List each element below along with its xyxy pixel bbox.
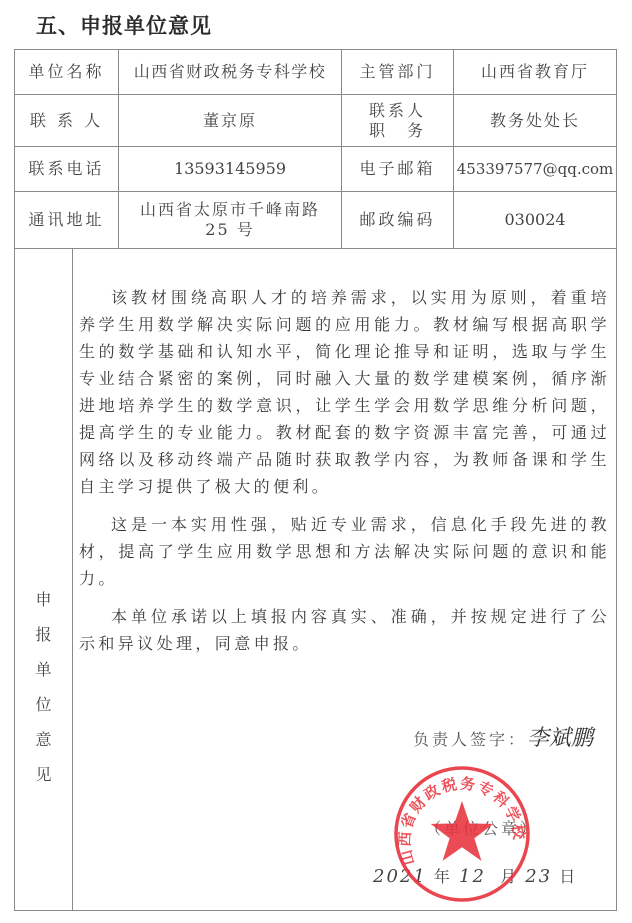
opinion-label: 申 报 单 位 意 见 [15, 249, 73, 911]
date-year-suffix: 年 [434, 867, 452, 886]
value-address-line1: 山西省太原市千峰南路 [119, 200, 341, 220]
opinion-label-char: 申 [35, 590, 51, 610]
label-contact-person: 联 系 人 [15, 95, 119, 147]
label-phone: 联系电话 [15, 147, 119, 192]
date-day: 23 [525, 866, 552, 887]
opinion-label-char: 意 [35, 730, 51, 750]
label-email: 电子邮箱 [342, 147, 454, 192]
label-contact-title: 联系人 职 务 [342, 95, 454, 147]
label-department: 主管部门 [342, 50, 454, 95]
handwritten-signature: 李斌鹏 [527, 726, 593, 751]
date-month-suffix: 月 [500, 867, 518, 886]
label-contact-title-line2: 职 务 [342, 121, 453, 141]
opinion-text: 该教材围绕高职人才的培养需求，以实用为原则，着重培养学生用数学解决实际问题的应用… [79, 284, 610, 668]
value-contact-person: 董京原 [119, 95, 342, 147]
opinion-label-char: 见 [35, 765, 51, 785]
signature-line: 负责人签字：李斌鹏 [413, 729, 593, 750]
label-unit-name: 单位名称 [15, 50, 119, 95]
row-address-postcode: 通讯地址 山西省太原市千峰南路 25 号 邮政编码 030024 [15, 192, 617, 249]
signing-date: 2021 年 12 月 23 日 [373, 867, 577, 887]
label-postcode: 邮政编码 [342, 192, 454, 249]
row-opinion: 申 报 单 位 意 见 该教材围绕高职人才的培养需求，以实用为原则，着重培养学生… [15, 249, 617, 911]
date-day-suffix: 日 [559, 867, 577, 886]
value-email: 453397577@qq.com [454, 147, 617, 192]
value-address: 山西省太原市千峰南路 25 号 [119, 192, 342, 249]
row-contact: 联 系 人 董京原 联系人 职 务 教务处处长 [15, 95, 617, 147]
seal-label: （单位公章） [425, 819, 539, 839]
opinion-label-char: 位 [35, 695, 51, 715]
value-department: 山西省教育厅 [454, 50, 617, 95]
signature-label: 负责人签字： [413, 730, 527, 749]
label-address: 通讯地址 [15, 192, 119, 249]
value-postcode: 030024 [454, 192, 617, 249]
opinion-paragraph: 该教材围绕高职人才的培养需求，以实用为原则，着重培养学生用数学解决实际问题的应用… [79, 284, 610, 500]
opinion-paragraph: 这是一本实用性强，贴近专业需求，信息化手段先进的教材，提高了学生应用数学思想和方… [79, 511, 610, 592]
row-phone-email: 联系电话 13593145959 电子邮箱 453397577@qq.com [15, 147, 617, 192]
opinion-label-char: 单 [35, 660, 51, 680]
opinion-paragraph: 本单位承诺以上填报内容真实、准确，并按规定进行了公示和异议处理，同意申报。 [79, 603, 610, 657]
value-phone: 13593145959 [119, 147, 342, 192]
value-contact-title: 教务处处长 [454, 95, 617, 147]
opinion-body: 该教材围绕高职人才的培养需求，以实用为原则，着重培养学生用数学解决实际问题的应用… [73, 249, 617, 911]
value-unit-name: 山西省财政税务专科学校 [119, 50, 342, 95]
label-contact-title-line1: 联系人 [342, 101, 453, 121]
section-heading: 五、申报单位意见 [36, 10, 212, 40]
value-address-line2: 25 号 [119, 220, 341, 240]
date-year: 2021 [373, 866, 427, 887]
applicant-opinion-table: 单位名称 山西省财政税务专科学校 主管部门 山西省教育厅 联 系 人 董京原 联… [14, 49, 617, 911]
row-unit-name: 单位名称 山西省财政税务专科学校 主管部门 山西省教育厅 [15, 50, 617, 95]
opinion-label-char: 报 [35, 625, 51, 645]
date-month: 12 [459, 866, 486, 887]
